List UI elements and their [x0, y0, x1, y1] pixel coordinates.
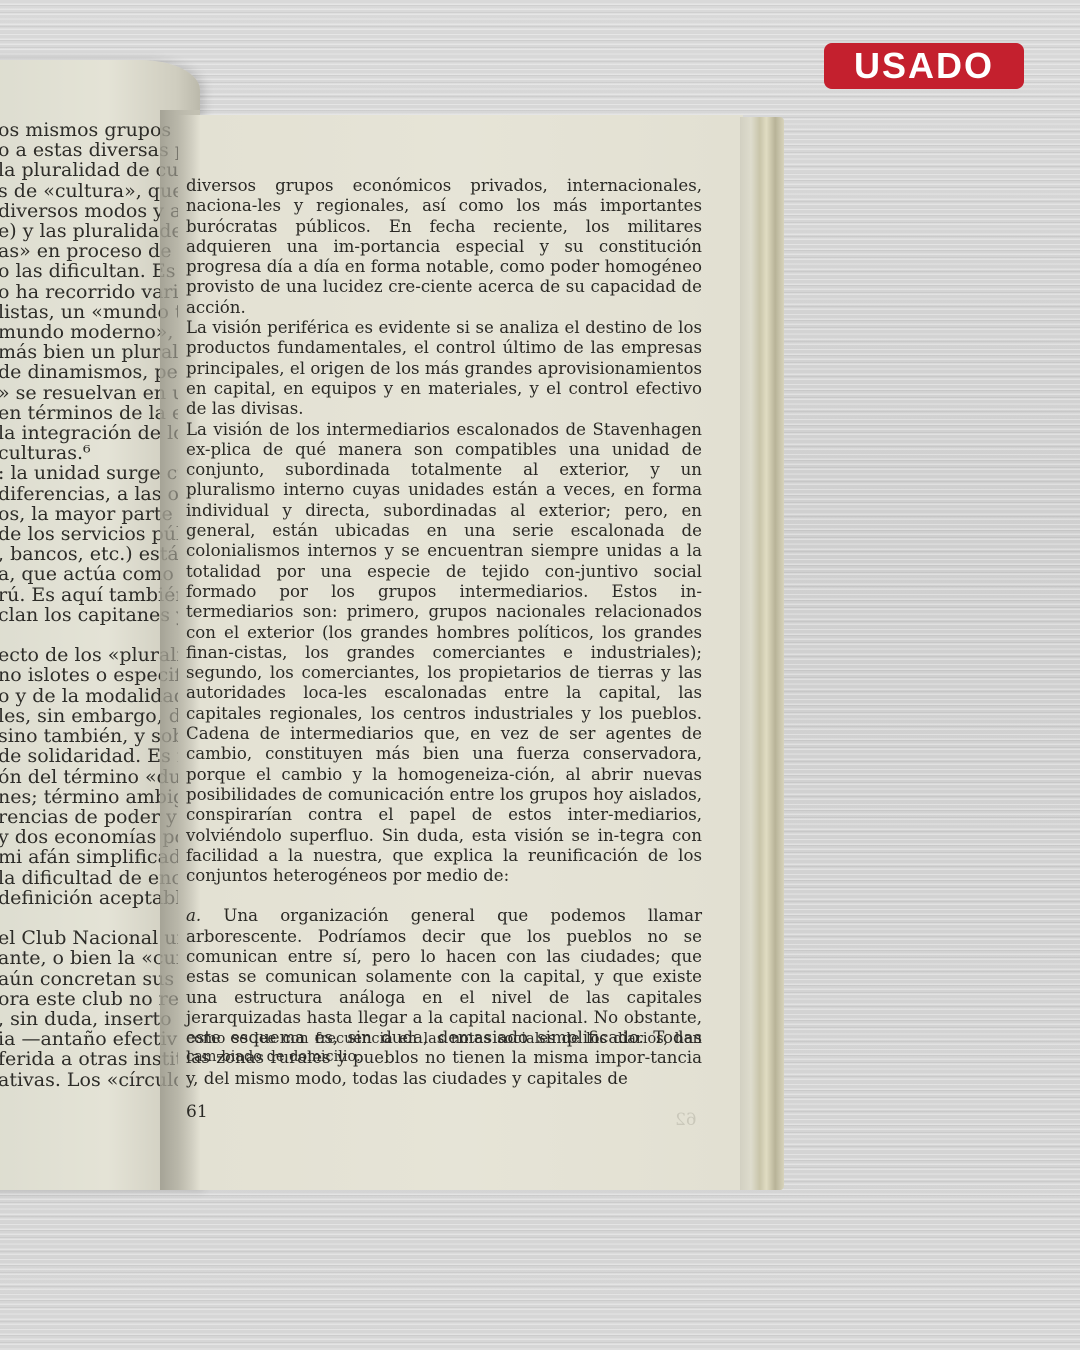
list-item-letter: a. [186, 906, 201, 925]
footnote: como se lee con frecuencia en las notas … [186, 1030, 702, 1066]
show-through-page-number: 62 [675, 1110, 697, 1130]
paragraph: diversos grupos económicos privados, int… [186, 176, 702, 318]
paragraph: La visión de los intermediarios escalona… [186, 420, 702, 887]
page-edges [740, 117, 784, 1190]
condition-badge: USADO [824, 43, 1024, 89]
page-number: 61 [186, 1102, 208, 1122]
paragraph: La visión periférica es evidente si se a… [186, 318, 702, 419]
right-page-body: diversos grupos económicos privados, int… [186, 176, 702, 1089]
